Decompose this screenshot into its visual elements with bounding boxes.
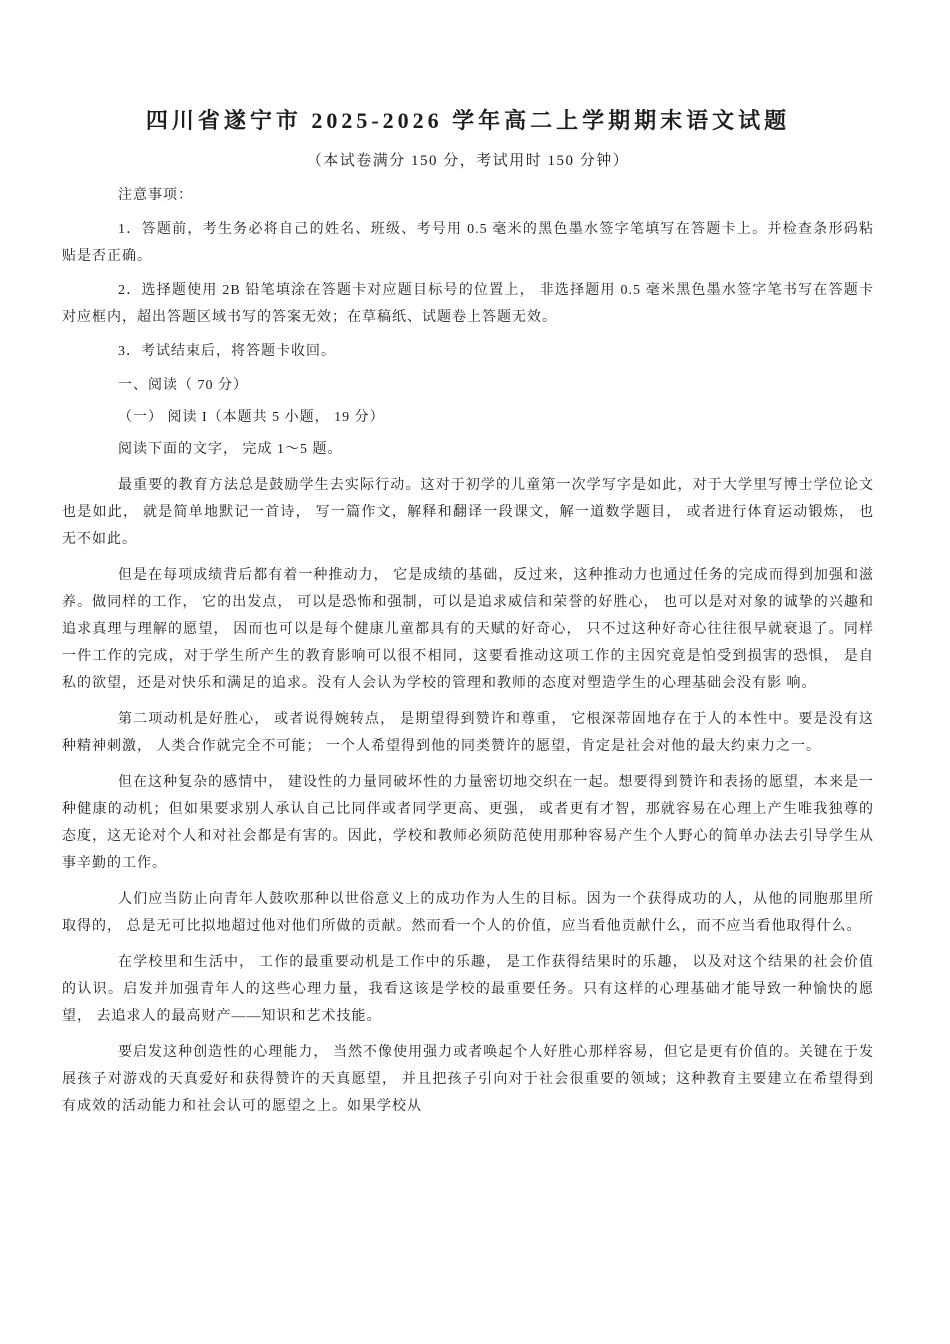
subsection-heading-reading-1: （一） 阅读 I（本题共 5 小题， 19 分） (62, 404, 874, 431)
exam-paper-page: 四川省遂宁市 2025-2026 学年高二上学期期末语文试题 （本试卷满分 15… (0, 0, 950, 1344)
notice-heading: 注意事项： (62, 182, 874, 209)
passage-paragraph-3: 第二项动机是好胜心， 或者说得婉转点， 是期望得到赞许和尊重， 它根深蒂固地存在… (62, 706, 874, 760)
passage-paragraph-1: 最重要的教育方法总是鼓励学生去实际行动。这对于初学的儿童第一次学写字是如此，对于… (62, 472, 874, 553)
reading-instruction: 阅读下面的文字， 完成 1～5 题。 (62, 436, 874, 463)
passage-paragraph-5: 人们应当防止向青年人鼓吹那种以世俗意义上的成功作为人生的目标。因为一个获得成功的… (62, 886, 874, 940)
notice-item-2: 2．选择题使用 2B 铅笔填涂在答题卡对应题目标号的位置上， 非选择题用 0.5… (62, 277, 874, 331)
exam-paper-content: 四川省遂宁市 2025-2026 学年高二上学期期末语文试题 （本试卷满分 15… (0, 0, 950, 1120)
section-heading-reading: 一、阅读（ 70 分） (62, 372, 874, 399)
notice-item-1: 1．答题前，考生务必将自己的姓名、班级、考号用 0.5 毫米的黑色墨水签字笔填写… (62, 216, 874, 270)
passage-paragraph-4: 但在这种复杂的感情中， 建设性的力量同破坏性的力量密切地交织在一起。想要得到赞许… (62, 769, 874, 877)
exam-subtitle: （本试卷满分 150 分，考试用时 150 分钟） (62, 148, 874, 174)
notice-item-3: 3．考试结束后，将答题卡收回。 (62, 338, 874, 365)
passage-paragraph-6: 在学校里和生活中， 工作的最重要动机是工作中的乐趣， 是工作获得结果时的乐趣， … (62, 949, 874, 1030)
passage-paragraph-7: 要启发这种创造性的心理能力， 当然不像使用强力或者唤起个人好胜心那样容易，但它是… (62, 1039, 874, 1120)
passage-paragraph-2: 但是在每项成绩背后都有着一种推动力， 它是成绩的基础，反过来，这种推动力也通过任… (62, 562, 874, 697)
page-title: 四川省遂宁市 2025-2026 学年高二上学期期末语文试题 (62, 104, 874, 138)
